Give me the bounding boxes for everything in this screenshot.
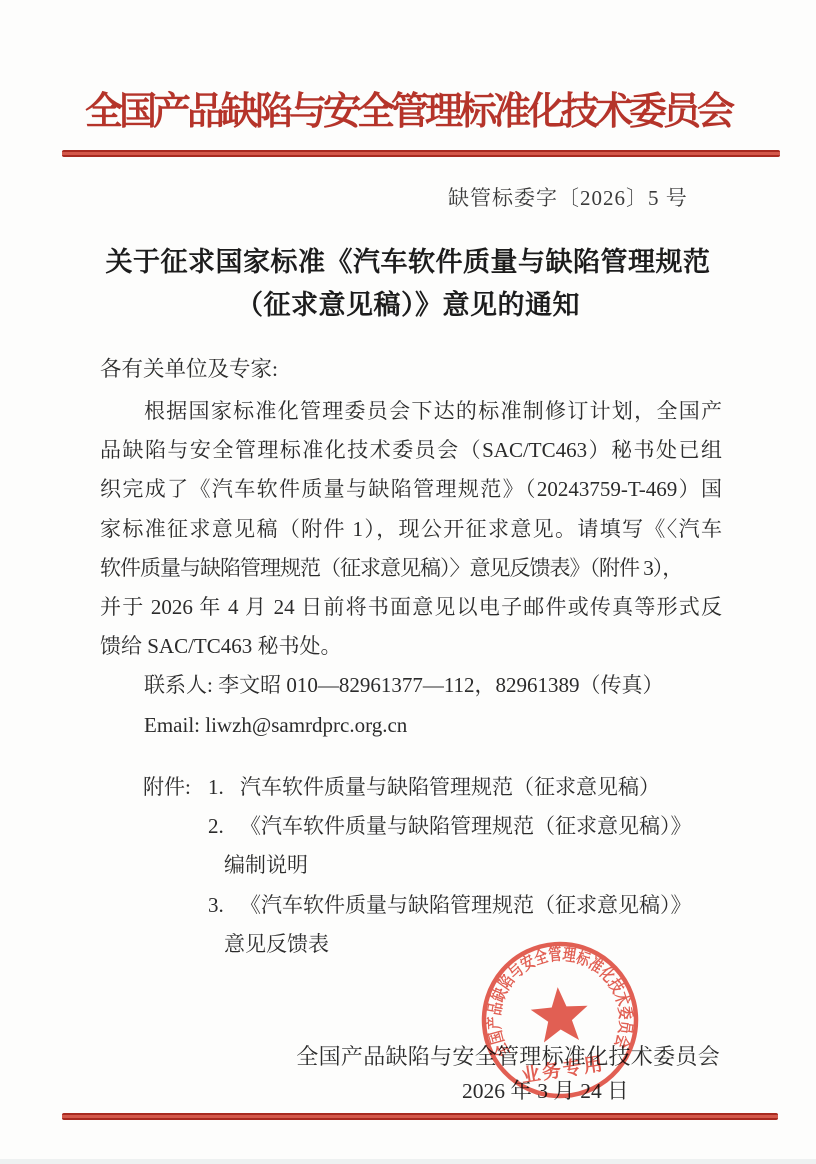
- notice-title-line-1: 关于征求国家标准《汽车软件质量与缺陷管理规范: [0, 241, 816, 284]
- attachment-text: 《汽车软件质量与缺陷管理规范（征求意见稿）》: [240, 886, 692, 925]
- body-line: 根据国家标准化管理委员会下达的标准制修订计划，全国产: [100, 392, 722, 431]
- notice-title: 关于征求国家标准《汽车软件质量与缺陷管理规范 （征求意见稿）》意见的通知: [0, 241, 816, 327]
- body-line: 馈给 SAC/TC463 秘书处。: [100, 627, 722, 666]
- scanned-notice-page: 全国产品缺陷与安全管理标准化技术委员会 缺管标委字〔2026〕5 号 关于征求国…: [0, 0, 816, 1164]
- attachment-text: 汽车软件质量与缺陷管理规范（征求意见稿）: [240, 768, 660, 807]
- seal-star-icon: [529, 985, 590, 1043]
- salutation: 各有关单位及专家:: [100, 352, 278, 383]
- official-seal: 全国产品缺陷与安全管理标准化技术委员会 业务专用: [472, 932, 647, 1107]
- footer-rule: [62, 1113, 778, 1120]
- attachments-label: 附件:: [143, 768, 208, 807]
- attachment-text: 《汽车软件质量与缺陷管理规范（征求意见稿）》: [240, 807, 692, 846]
- attachment-text: 编制说明: [200, 846, 692, 885]
- contact-line: 联系人: 李文昭 010—82961377—112，82961389（传真）: [100, 666, 722, 705]
- body-line: 织完成了《汽车软件质量与缺陷管理规范》（20243759-T-469）国: [100, 470, 722, 509]
- seal-inner-text: 业务专用: [520, 1052, 607, 1088]
- attachment-number: 2.: [208, 807, 240, 846]
- body-line: 家标准征求意见稿（附件 1），现公开征求意见。请填写《〈汽车: [100, 510, 722, 549]
- attachment-item: 1. 汽车软件质量与缺陷管理规范（征求意见稿）: [208, 768, 692, 807]
- notice-title-line-2: （征求意见稿）》意见的通知: [0, 284, 816, 327]
- email-line: Email: liwzh@samrdprc.org.cn: [100, 706, 722, 745]
- body-paragraph: 根据国家标准化管理委员会下达的标准制修订计划，全国产 品缺陷与安全管理标准化技术…: [100, 392, 722, 745]
- header-rule: [62, 150, 780, 157]
- body-line: 软件质量与缺陷管理规范（征求意见稿）〉意见反馈表》（附件 3），: [100, 549, 722, 588]
- attachment-number: 1.: [208, 768, 240, 807]
- scan-edge: [0, 1159, 816, 1164]
- attachment-number: 3.: [208, 886, 240, 925]
- body-line: 并于 2026 年 4 月 24 日前将书面意见以电子邮件或传真等形式反: [100, 588, 722, 627]
- attachment-item: 2. 《汽车软件质量与缺陷管理规范（征求意见稿）》 编制说明: [208, 807, 692, 885]
- doc-number: 缺管标委字〔2026〕5 号: [448, 182, 688, 212]
- body-line: 品缺陷与安全管理标准化技术委员会（SAC/TC463）秘书处已组: [100, 431, 722, 470]
- org-header-title: 全国产品缺陷与安全管理标准化技术委员会: [0, 80, 816, 135]
